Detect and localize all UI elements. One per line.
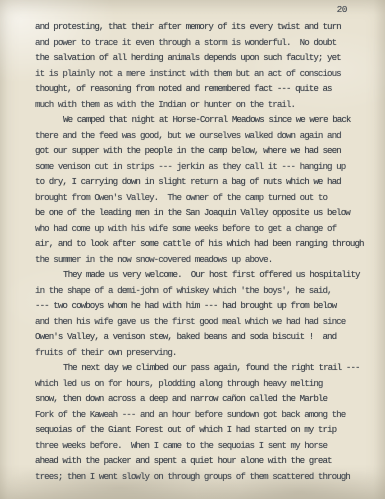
text-line: got our supper with the people in the ca… (35, 143, 369, 159)
text-line: there and the feed was good, but we ours… (35, 128, 369, 144)
text-line: and then his wife gave us the first good… (35, 314, 369, 330)
text-line: in the shape of a demi-john of whiskey w… (35, 283, 369, 299)
text-line: to dry, I carrying down in slight return… (35, 174, 369, 190)
text-line: sequoias of the Giant Forest out of whic… (35, 422, 369, 438)
text-line: Owen's Valley, a venison stew, baked bea… (35, 329, 369, 345)
text-line: three weeks before. When I came to the s… (35, 438, 369, 454)
text-line: ahead with the packer and spent a quiet … (35, 453, 369, 469)
paragraph: They made us very welcome. Our host firs… (35, 267, 369, 360)
text-line: They made us very welcome. Our host firs… (35, 267, 369, 283)
text-line: who had come up with his wife some weeks… (35, 221, 369, 237)
text-line: trees; then I went slowly on through gro… (35, 469, 369, 485)
text-line: The next day we climbed our pass again, … (35, 360, 369, 376)
text-line: the salvation of all herding animals dep… (35, 50, 369, 66)
document-page: 20 and protesting, that their after memo… (0, 0, 385, 499)
text-line: air, and to look after some cattle of hi… (35, 236, 369, 252)
paragraph: The next day we climbed our pass again, … (35, 360, 369, 484)
text-line: We camped that night at Horse-Corral Mea… (35, 112, 369, 128)
text-line: and protesting, that their after memory … (35, 19, 369, 35)
text-line: --- two cowboys whom he had with him ---… (35, 298, 369, 314)
text-line: brought from Owen's Valley. The owner of… (35, 190, 369, 206)
text-line: which led us on for hours, plodding alon… (35, 376, 369, 392)
text-line: the summer in the now snow-covered meado… (35, 252, 369, 268)
text-line: thought, of reasoning from noted and rem… (35, 81, 369, 97)
text-line: fruits of their own preserving. (35, 345, 369, 361)
text-line: much with them as with the Indian or hun… (35, 97, 369, 113)
paragraph: We camped that night at Horse-Corral Mea… (35, 112, 369, 267)
text-line: it is plainly not a mere instinct with t… (35, 66, 369, 82)
text-line: Fork of the Kaweah --- and an hour befor… (35, 407, 369, 423)
text-line: snow, then down across a deep and narrow… (35, 391, 369, 407)
page-number: 20 (337, 4, 347, 15)
text-block: and protesting, that their after memory … (35, 19, 369, 484)
paragraph: and protesting, that their after memory … (35, 19, 369, 112)
text-line: be one of the leading men in the San Joa… (35, 205, 369, 221)
text-line: some venison cut in strips --- jerkin as… (35, 159, 369, 175)
text-line: and power to trace it even through a sto… (35, 35, 369, 51)
